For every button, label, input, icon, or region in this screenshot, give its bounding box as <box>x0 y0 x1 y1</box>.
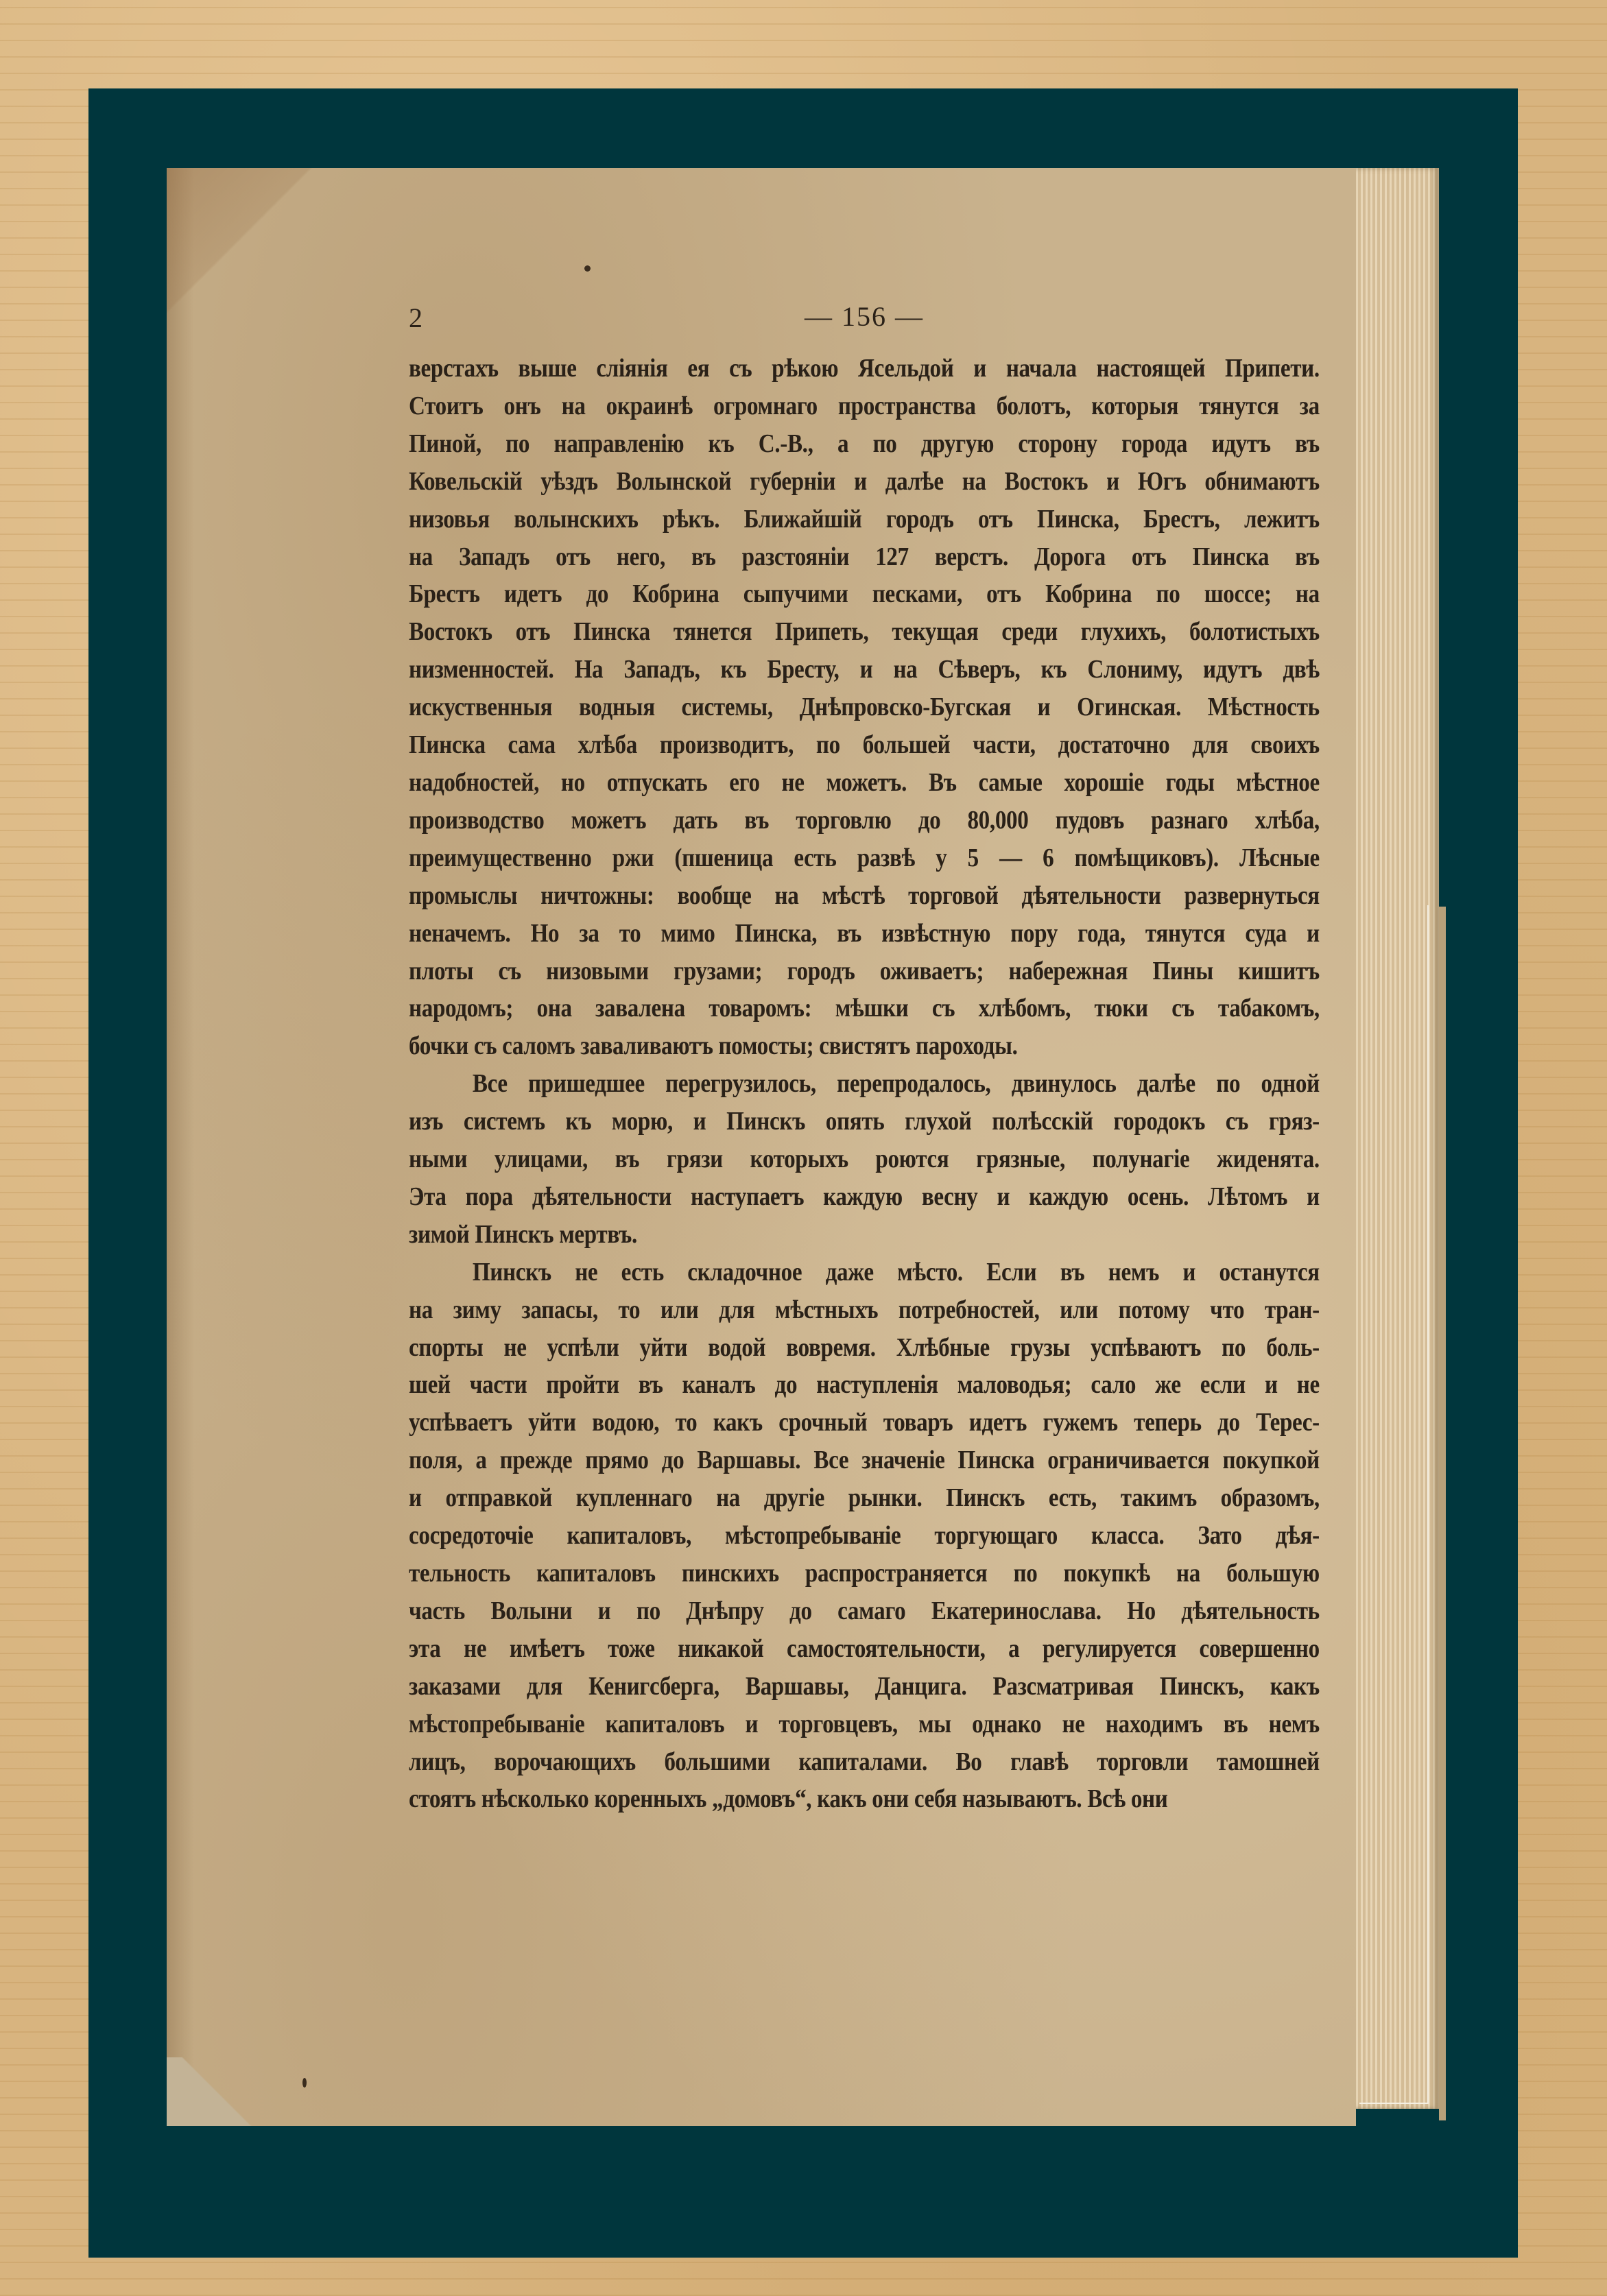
text-line: народомъ; она завалена товаромъ: мѣшки с… <box>409 990 1320 1027</box>
page-edge-line <box>1427 905 1429 2104</box>
page-number: — 156 — <box>409 300 1320 333</box>
paragraph: Все пришедшее перегрузилось, перепродало… <box>409 1065 1320 1254</box>
text-line: заказами для Кенигсберга, Варшавы, Данци… <box>409 1668 1320 1706</box>
text-line: ными улицами, въ грязи которыхъ роются г… <box>409 1140 1320 1178</box>
text-line: промыслы ничтожны: вообще на мѣстѣ торго… <box>409 877 1320 915</box>
text-line: Брестъ идетъ до Кобрина сыпучими песками… <box>409 575 1320 613</box>
text-line: бочки съ саломъ заваливаютъ помосты; сви… <box>409 1027 1320 1065</box>
ink-spot <box>584 265 591 272</box>
text-line: плоты съ низовыми грузами; городъ оживае… <box>409 953 1320 990</box>
text-line: Востокъ отъ Пинска тянется Припеть, теку… <box>409 613 1320 651</box>
text-line: лицъ, ворочающихъ большими капиталами. В… <box>409 1743 1320 1781</box>
text-line: на зиму запасы, то или для мѣстныхъ потр… <box>409 1291 1320 1329</box>
text-line: на Западъ отъ него, въ разстояніи 127 ве… <box>409 538 1320 576</box>
text-line: Пиной, по направленію къ С.-В., а по дру… <box>409 425 1320 463</box>
text-line: поля, а прежде прямо до Варшавы. Все зна… <box>409 1442 1320 1479</box>
text-line: неначемъ. Но за то мимо Пинска, въ извѣс… <box>409 915 1320 953</box>
paragraph: верстахъ выше сліянія ея съ рѣкою Ясельд… <box>409 350 1320 1065</box>
page-edge-strip <box>1356 168 1439 2109</box>
text-line: преимущественно ржи (пшеница есть развѣ … <box>409 839 1320 877</box>
text-line: Стоитъ онъ на окраинѣ огромнаго простран… <box>409 387 1320 425</box>
text-line: низменностей. На Западъ, къ Бресту, и на… <box>409 651 1320 689</box>
text-line: и отправкой купленнаго на другіе рынки. … <box>409 1479 1320 1517</box>
text-line: шей части пройти въ каналъ до наступлені… <box>409 1366 1320 1404</box>
text-line: производство можетъ дать въ торговлю до … <box>409 802 1320 839</box>
text-line: зимой Пинскъ мертвъ. <box>409 1216 1320 1254</box>
text-line: верстахъ выше сліянія ея съ рѣкою Ясельд… <box>409 350 1320 387</box>
torn-corner <box>167 2057 283 2126</box>
text-line: низовья волынскихъ рѣкъ. Ближайшій город… <box>409 501 1320 538</box>
text-line: спорты не успѣли уйти водой вовремя. Хлѣ… <box>409 1329 1320 1367</box>
text-line: Все пришедшее перегрузилось, перепродало… <box>409 1065 1320 1103</box>
text-line: надобностей, но отпускать его не можетъ.… <box>409 764 1320 802</box>
text-line: часть Волыни и по Днѣпру до самаго Екате… <box>409 1592 1320 1630</box>
body-text: верстахъ выше сліянія ея съ рѣкою Ясельд… <box>409 350 1320 1818</box>
text-column: 2 — 156 — верстахъ выше сліянія ея съ рѣ… <box>409 288 1320 1818</box>
running-head: 2 — 156 — <box>409 288 1320 350</box>
ink-spot <box>302 2078 307 2088</box>
text-line: тельность капиталовъ пинскихъ распростра… <box>409 1555 1320 1592</box>
text-line: Пинска сама хлѣба производитъ, по больше… <box>409 726 1320 764</box>
text-line: эта не имѣетъ тоже никакой самостоятельн… <box>409 1630 1320 1668</box>
text-line: Ковельскій уѣздъ Волынской губерніи и да… <box>409 463 1320 501</box>
text-line: стоятъ нѣсколько коренныхъ „домовъ“, как… <box>409 1780 1320 1818</box>
page-edge-line-bottom <box>1359 2103 1428 2104</box>
text-line: мѣстопребываніе капиталовъ и торговцевъ,… <box>409 1706 1320 1743</box>
text-line: Пинскъ не есть складочное даже мѣсто. Ес… <box>409 1254 1320 1291</box>
text-line: сосредоточіе капиталовъ, мѣстопребываніе… <box>409 1517 1320 1555</box>
paragraph: Пинскъ не есть складочное даже мѣсто. Ес… <box>409 1254 1320 1819</box>
text-line: Эта пора дѣятельности наступаетъ каждую … <box>409 1178 1320 1216</box>
text-line: искуственныя водныя системы, Днѣпровско-… <box>409 689 1320 726</box>
text-line: изъ системъ къ морю, и Пинскъ опять глух… <box>409 1103 1320 1140</box>
page-edge-shadow <box>1439 907 1446 2120</box>
text-line: успѣваетъ уйти водою, то какъ срочный то… <box>409 1404 1320 1442</box>
